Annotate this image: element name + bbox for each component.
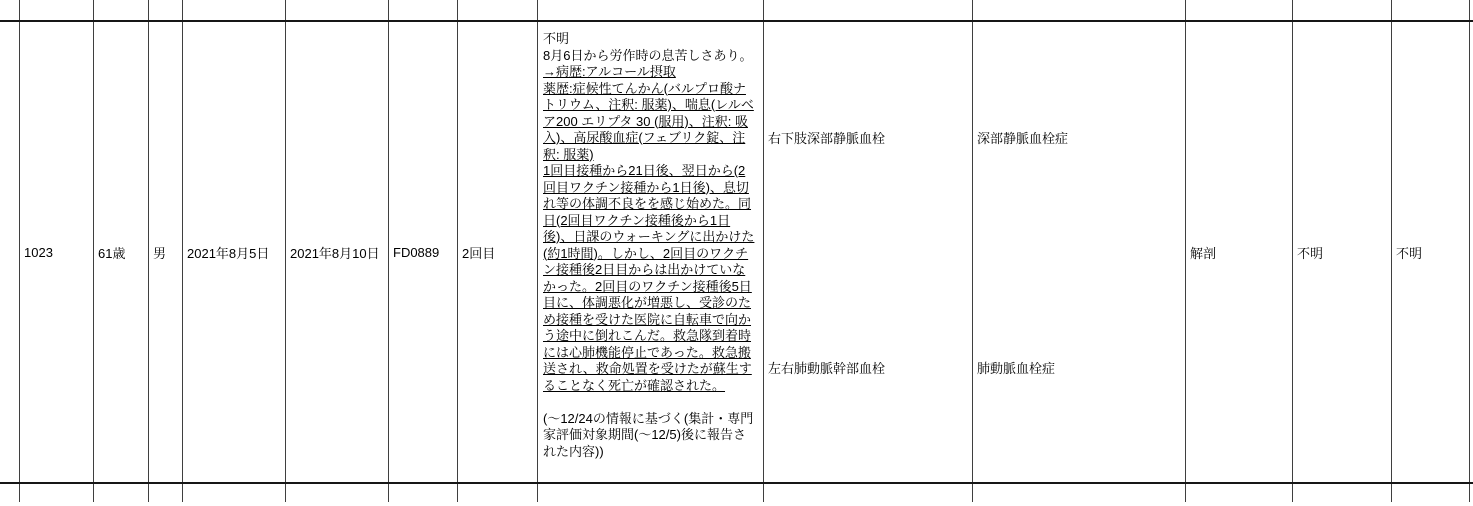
spacer-cell <box>286 484 389 502</box>
cell-unknown-2: 不明 <box>1392 22 1470 482</box>
cell-case-no: 1023 <box>20 22 94 482</box>
spacer-cell <box>286 0 389 20</box>
cell-sex: 男 <box>149 22 183 482</box>
cell-age: 61歳 <box>94 22 149 482</box>
spacer-cell <box>1392 484 1470 502</box>
symptom-item: 右下肢深部静脈血栓 <box>764 22 972 252</box>
spacer-cell <box>183 0 286 20</box>
cell-dose-number: 2回目 <box>458 22 538 482</box>
spacer-cell <box>1293 0 1392 20</box>
summary-course: 1回目接種から21日後、翌日から(2回目ワクチン接種から1日後)、息切れ等の体調… <box>543 163 758 394</box>
spacer-cell <box>389 484 458 502</box>
cause-item: 肺動脈血栓症 <box>973 252 1185 482</box>
spacer-row-top <box>0 0 1473 20</box>
spacer-cell <box>458 0 538 20</box>
summary-status: 不明 <box>543 31 758 48</box>
summary-medical-history: →病歴:アルコール摂取 <box>543 64 758 81</box>
spacer-cell <box>94 484 149 502</box>
spacer-cell <box>764 484 973 502</box>
spacer-cell <box>149 0 183 20</box>
cell-reported-symptoms: 右下肢深部静脈血栓 左右肺動脈幹部血栓 <box>764 22 973 482</box>
spacer-cell <box>538 484 764 502</box>
spacer-cell <box>764 0 973 20</box>
case-report-table: 1023 61歳 男 2021年8月5日 2021年8月10日 FD0889 2… <box>0 0 1473 506</box>
cell-vaccination-date: 2021年8月5日 <box>183 22 286 482</box>
spacer-cell <box>183 484 286 502</box>
summary-onset: 8月6日から労作時の息苦しさあり。 <box>543 48 758 65</box>
spacer-cell <box>538 0 764 20</box>
spacer-cell <box>20 484 94 502</box>
cell-case-summary: 不明 8月6日から労作時の息苦しさあり。 →病歴:アルコール摂取 薬歴:症候性て… <box>538 22 764 482</box>
cell-unknown-1: 不明 <box>1293 22 1392 482</box>
spacer-cell <box>1186 0 1293 20</box>
spacer-cell <box>1186 484 1293 502</box>
cell-cause-of-death: 深部静脈血栓症 肺動脈血栓症 <box>973 22 1186 482</box>
spacer-cell <box>149 484 183 502</box>
cell-lot-number: FD0889 <box>389 22 458 482</box>
spacer-cell <box>0 0 20 20</box>
spacer-cell <box>973 0 1186 20</box>
spacer-cell <box>20 0 94 20</box>
spacer-cell <box>1392 0 1470 20</box>
spacer-cell <box>94 0 149 20</box>
spacer-cell <box>1293 484 1392 502</box>
symptom-item: 左右肺動脈幹部血栓 <box>764 252 972 482</box>
spacer-cell <box>458 484 538 502</box>
spacer-cell <box>389 0 458 20</box>
left-edge-cell <box>0 22 20 482</box>
spacer-cell <box>973 484 1186 502</box>
cell-autopsy: 解剖 <box>1186 22 1293 482</box>
summary-medication-history: 薬歴:症候性てんかん(バルプロ酸ナトリウム、注釈: 服薬)、喘息(レルベア200… <box>543 81 758 164</box>
spacer-cell <box>0 484 20 502</box>
spacer-row-bottom <box>0 484 1473 502</box>
cell-death-date: 2021年8月10日 <box>286 22 389 482</box>
summary-note: (〜12/24の情報に基づく(集計・専門家評価対象期間(〜12/5)後に報告され… <box>543 411 758 461</box>
case-data-row: 1023 61歳 男 2021年8月5日 2021年8月10日 FD0889 2… <box>0 20 1473 484</box>
cause-item: 深部静脈血栓症 <box>973 22 1185 252</box>
